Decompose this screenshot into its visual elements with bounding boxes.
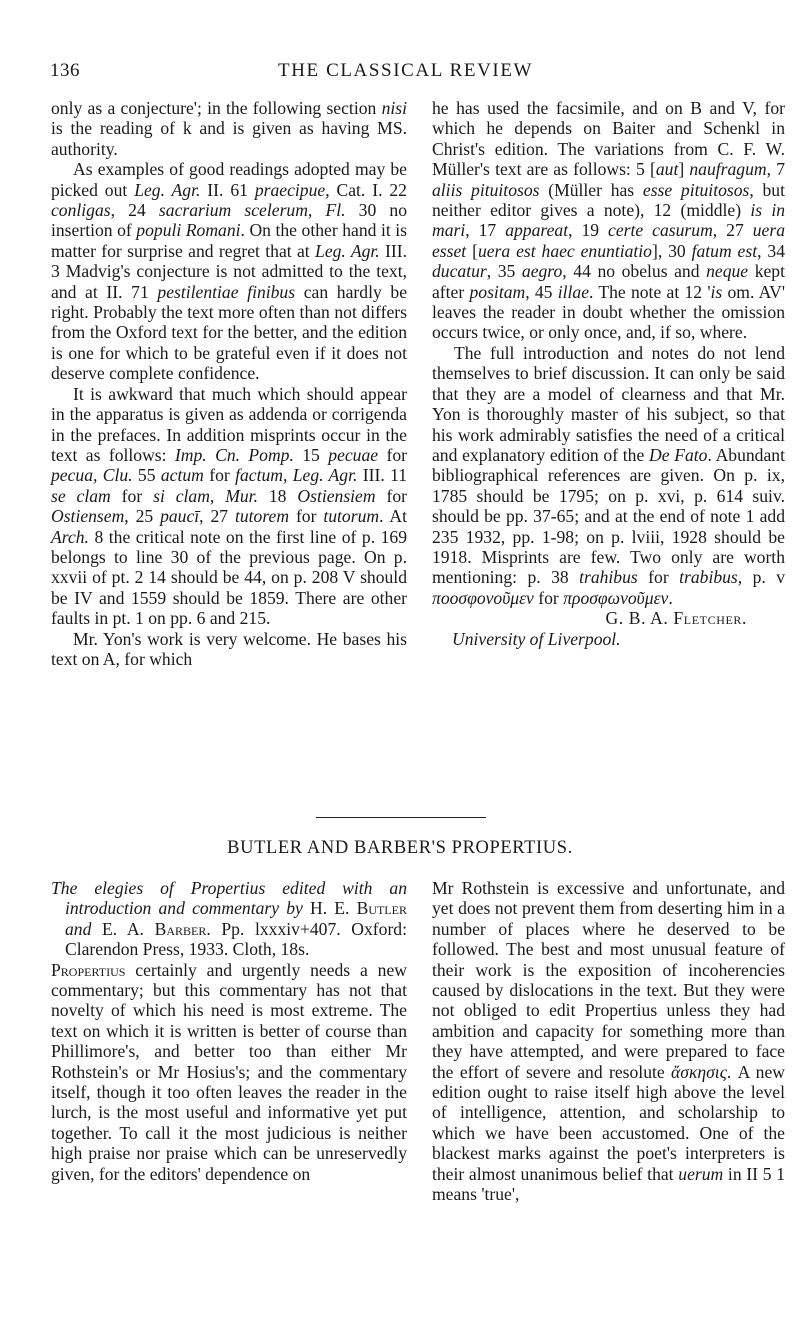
text-run: for bbox=[204, 465, 235, 485]
text-run: ] bbox=[678, 159, 689, 179]
text-run: 55 bbox=[133, 465, 161, 485]
text-run: , 17 bbox=[465, 220, 505, 240]
text-run: 18 bbox=[258, 486, 297, 506]
reviewer-affiliation: University of Liverpool. bbox=[432, 629, 785, 649]
italic-run: paucī bbox=[160, 506, 199, 526]
text-run: Mr Rothstein is excessive and unfortunat… bbox=[432, 878, 785, 1082]
review2-left-column: The elegies of Propertius edited with an… bbox=[51, 878, 407, 1184]
text-run: only as a conjecture'; in the following … bbox=[51, 98, 376, 118]
review1-left-paragraph-2: As examples of good readings adopted may… bbox=[51, 159, 407, 383]
text-run: , 25 bbox=[124, 506, 160, 526]
smallcaps-run: Barber bbox=[155, 919, 207, 939]
italic-run: praecipue bbox=[255, 180, 325, 200]
italic-run: ducatur bbox=[432, 261, 487, 281]
italic-run: aliis pituitosos bbox=[432, 180, 539, 200]
signature-surname: Fletcher. bbox=[673, 608, 747, 628]
review2-right-paragraph-1: Mr Rothstein is excessive and unfortunat… bbox=[432, 878, 785, 1205]
book-citation: The elegies of Propertius edited with an… bbox=[51, 878, 407, 960]
italic-run: aegro bbox=[522, 261, 562, 281]
italic-run: ἄσκησις bbox=[671, 1062, 727, 1082]
italic-run: Arch. bbox=[51, 527, 89, 547]
italic-run: actum bbox=[161, 465, 204, 485]
text-run: , 7 bbox=[767, 159, 785, 179]
review1-right-paragraph-1: he has used the facsimile, and on B and … bbox=[432, 98, 785, 343]
text-run: , 27 bbox=[199, 506, 235, 526]
text-run: . Abundant bibliographical references ar… bbox=[432, 445, 785, 587]
italic-run: ποοσφονοῦμεν bbox=[432, 588, 534, 608]
italic-run: tutorem bbox=[235, 506, 289, 526]
italic-run: si clam, Mur. bbox=[153, 486, 258, 506]
review1-right-column: he has used the facsimile, and on B and … bbox=[432, 98, 785, 649]
italic-run: tutorum bbox=[323, 506, 379, 526]
italic-run: uera est haec enuntiatio bbox=[478, 241, 652, 261]
italic-run: Leg. Agr. bbox=[134, 180, 200, 200]
text-run: for bbox=[376, 486, 407, 506]
italic-run: Leg. Agr. bbox=[315, 241, 380, 261]
lead-word: Propertius bbox=[51, 960, 125, 980]
italic-run: uerum bbox=[678, 1164, 723, 1184]
text-run: . The note at 12 ' bbox=[589, 282, 710, 302]
italic-run: certe casurum bbox=[608, 220, 713, 240]
review1-left-paragraph-1: only as a conjecture'; in the following … bbox=[51, 98, 407, 159]
italic-run: esse pituitosos bbox=[643, 180, 749, 200]
smallcaps-run: Butler bbox=[357, 898, 407, 918]
review1-left-paragraph-3: It is awkward that much which should app… bbox=[51, 384, 407, 629]
italic-run: Imp. Cn. Pomp. bbox=[175, 445, 294, 465]
text-run: ], 30 bbox=[652, 241, 692, 261]
text-run: 8 the critical note on the first line of… bbox=[51, 527, 407, 629]
text-run: (Müller has bbox=[539, 180, 642, 200]
text-run: II. 61 bbox=[200, 180, 254, 200]
page-number: 136 bbox=[50, 60, 80, 82]
text-run: , Cat. I. 22 bbox=[325, 180, 407, 200]
italic-run: sacrarium scelerum, Fl. bbox=[159, 200, 346, 220]
text-run: for bbox=[534, 588, 563, 608]
italic-run: pestilentiae finibus bbox=[157, 282, 295, 302]
text-run: , 34 bbox=[757, 241, 785, 261]
section-divider bbox=[316, 817, 486, 818]
italic-run: factum, Leg. Agr. bbox=[235, 465, 357, 485]
text-run: [ bbox=[466, 241, 478, 261]
italic-run: is bbox=[711, 282, 723, 302]
italic-run: trabibus bbox=[679, 567, 738, 587]
italic-run: illae bbox=[558, 282, 589, 302]
text-run: , 35 bbox=[487, 261, 522, 281]
text-run: , p. v bbox=[738, 567, 785, 587]
italic-run: populi Romani bbox=[136, 220, 240, 240]
italic-run: pecuae bbox=[328, 445, 378, 465]
italic-run: nisi bbox=[382, 98, 407, 118]
review1-left-column: only as a conjecture'; in the following … bbox=[51, 98, 407, 669]
text-run: , 45 bbox=[525, 282, 558, 302]
text-run: , 19 bbox=[568, 220, 608, 240]
italic-run: conligas bbox=[51, 200, 111, 220]
journal-title: THE CLASSICAL REVIEW bbox=[278, 60, 533, 82]
text-run: is the reading of k and is given as havi… bbox=[51, 118, 407, 158]
italic-run: aut bbox=[656, 159, 678, 179]
review2-right-column: Mr Rothstein is excessive and unfortunat… bbox=[432, 878, 785, 1205]
text-run: H. E. bbox=[303, 898, 357, 918]
text-run: 15 bbox=[294, 445, 328, 465]
italic-run: fatum est bbox=[692, 241, 758, 261]
italic-run: De Fato bbox=[649, 445, 707, 465]
italic-run: Ostiensiem bbox=[297, 486, 375, 506]
italic-run: Ostiensem bbox=[51, 506, 124, 526]
text-run: for bbox=[289, 506, 323, 526]
reviewer-signature: G. B. A. Fletcher. bbox=[432, 608, 785, 628]
text-run: . At bbox=[379, 506, 407, 526]
text-run: certainly and urgently needs a new comme… bbox=[51, 960, 407, 1184]
journal-page: 136 THE CLASSICAL REVIEW only as a conje… bbox=[0, 0, 800, 1321]
italic-run: positam bbox=[469, 282, 525, 302]
signature-initials: G. B. A. bbox=[605, 608, 673, 628]
italic-run: naufragum bbox=[689, 159, 766, 179]
text-run: for bbox=[378, 445, 407, 465]
italic-run: προσφωνοῦμεν bbox=[563, 588, 668, 608]
italic-run: neque bbox=[706, 261, 748, 281]
review1-left-paragraph-4: Mr. Yon's work is very welcome. He bases… bbox=[51, 629, 407, 670]
text-run: , 24 bbox=[111, 200, 159, 220]
running-head: 136 THE CLASSICAL REVIEW bbox=[50, 60, 785, 90]
text-run: . bbox=[668, 588, 672, 608]
text-run: , 27 bbox=[713, 220, 753, 240]
text-run: III. 11 bbox=[357, 465, 407, 485]
italic-run: appareat bbox=[505, 220, 568, 240]
italic-run: and bbox=[65, 919, 91, 939]
text-run: , 44 no obelus and bbox=[562, 261, 706, 281]
italic-run: trahibus bbox=[579, 567, 638, 587]
text-run: for bbox=[638, 567, 679, 587]
italic-run: se clam bbox=[51, 486, 111, 506]
text-run: E. A. bbox=[91, 919, 154, 939]
italic-run: pecua, Clu. bbox=[51, 465, 133, 485]
review1-right-paragraph-2: The full introduction and notes do not l… bbox=[432, 343, 785, 608]
review2-left-paragraph-1: Propertius certainly and urgently needs … bbox=[51, 960, 407, 1184]
text-run: for bbox=[111, 486, 153, 506]
review2-title: BUTLER AND BARBER'S PROPERTIUS. bbox=[0, 838, 800, 859]
